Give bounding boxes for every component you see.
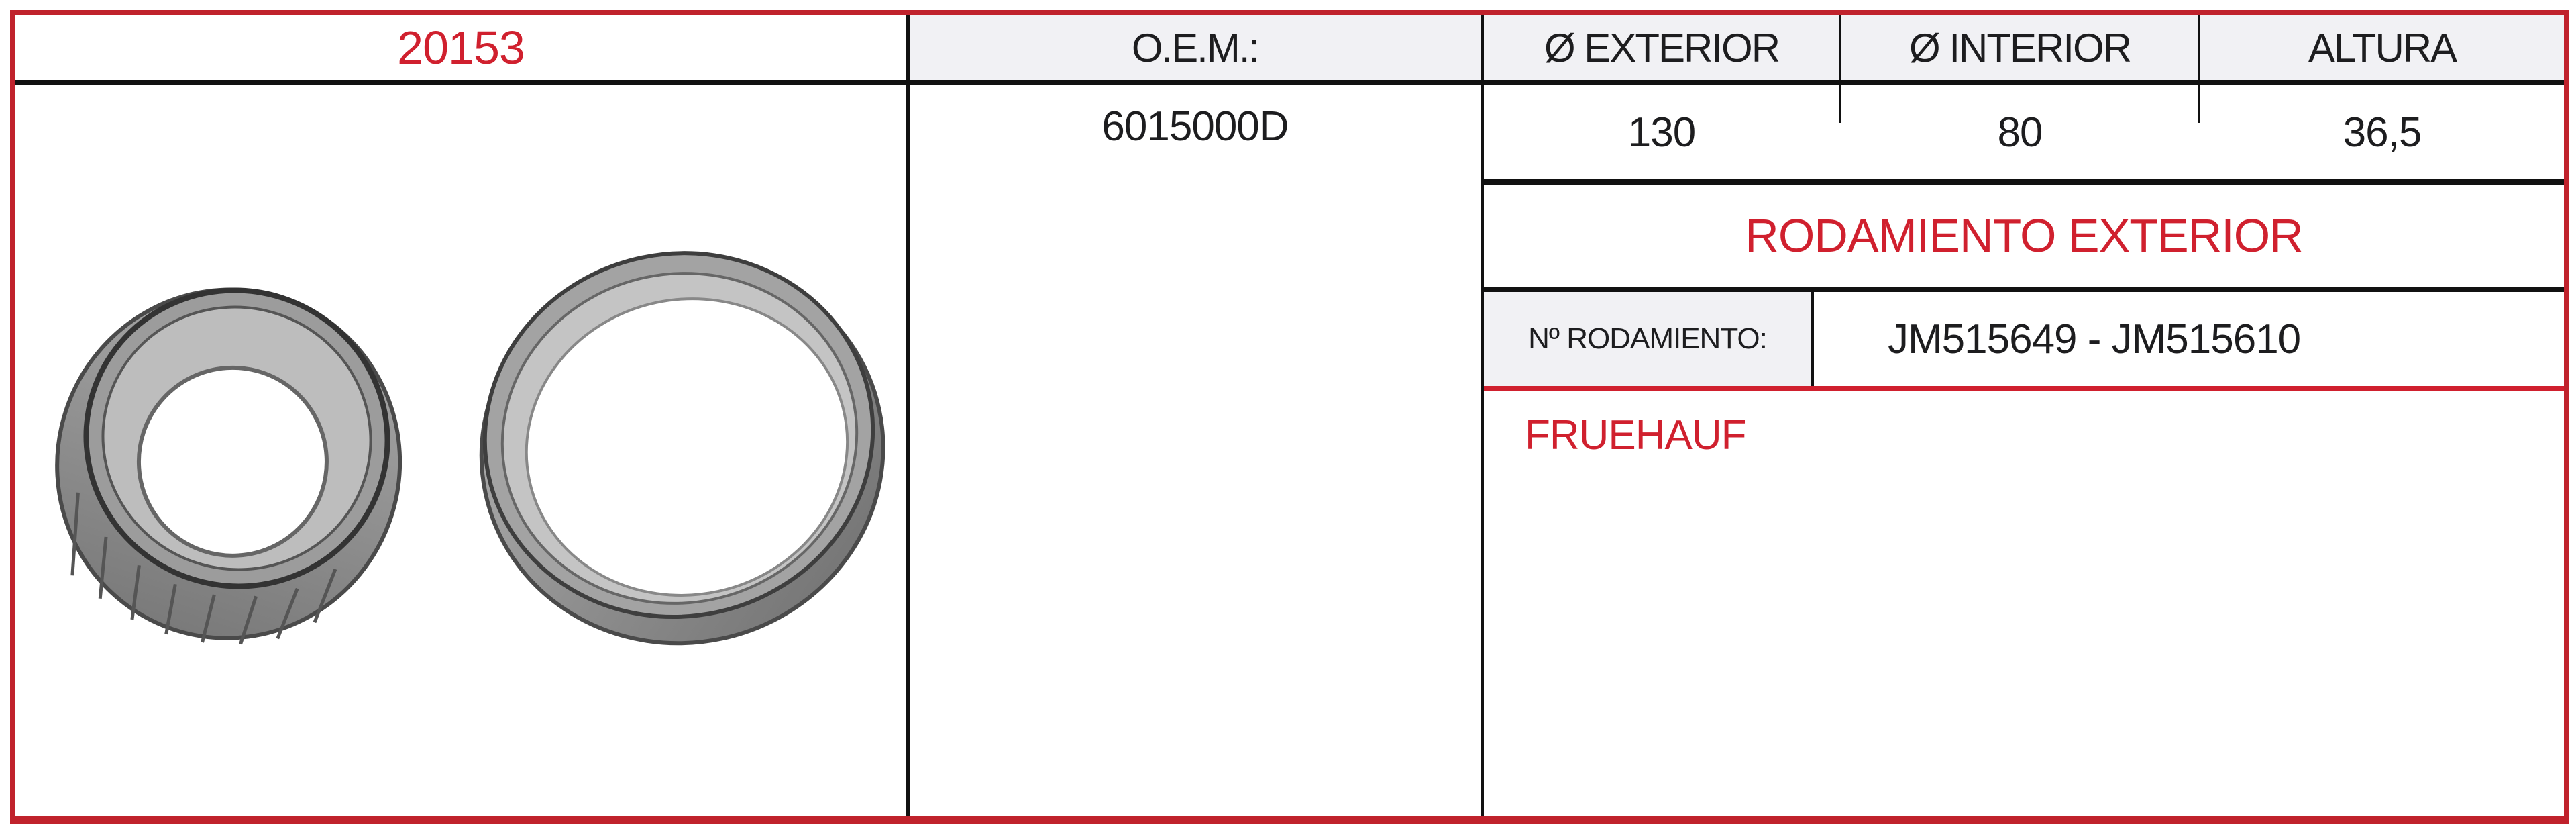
header-divider [15,80,2564,85]
bearing-number-label: Nº RODAMIENTO: [1484,292,1811,386]
bearing-type-divider [1484,287,2564,292]
bearing-number-red-divider [1484,386,2564,391]
application-brand: FRUEHAUF [1525,411,1746,459]
reference-number: 20153 [15,15,906,80]
oem-value: 6015000D [910,103,1481,150]
interior-diameter-value: 80 [1841,85,2198,179]
height-value: 36,5 [2200,85,2564,179]
bearing-type: RODAMIENTO EXTERIOR [1484,185,2564,287]
product-image [42,237,894,673]
bearing-illustration-icon [42,237,894,673]
product-sheet: 20153 O.E.M.: Ø EXTERIOR Ø INTERIOR ALTU… [10,10,2569,824]
interior-diameter-header: Ø INTERIOR [1841,15,2198,80]
dimensions-divider [1484,179,2564,185]
exterior-diameter-header: Ø EXTERIOR [1484,15,1839,80]
oem-label: O.E.M.: [910,15,1481,80]
bearing-number-value: JM515649 - JM515610 [1814,292,2564,386]
exterior-diameter-value: 130 [1484,85,1839,179]
height-header: ALTURA [2200,15,2564,80]
